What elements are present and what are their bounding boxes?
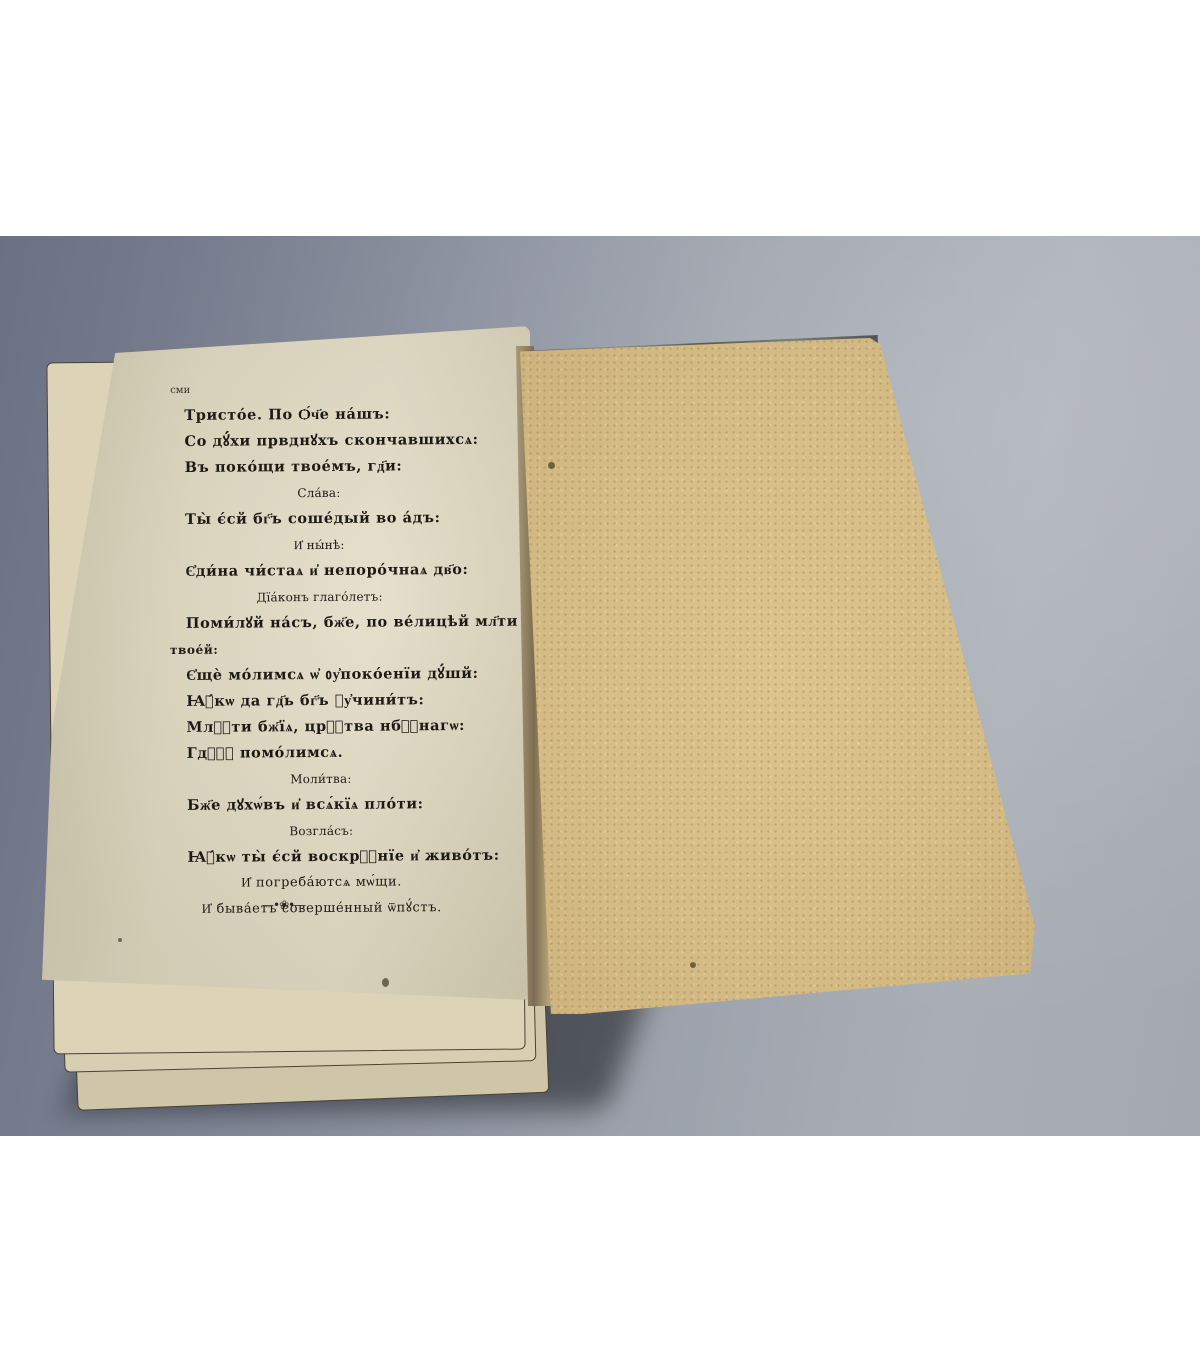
section-heading: Дїа́конъ глаго́летъ: [150, 583, 490, 611]
text-line: Ꙗ҆́кѡ да гд҃ь бг҃ъ ᲂу҆чини́тъ: [150, 687, 490, 715]
text-line: Гдⷭ҇ꙋ помо́лимсѧ. [151, 739, 491, 767]
stain-mark [548, 462, 555, 469]
closing-line: И҆ быва́етъ соверше́нный ѿпꙋ́стъ. [152, 895, 492, 923]
left-page-text: сми Тристо́е. По Ѻ́ч҃е на́шъ: Со дꙋ́хи п… [148, 381, 492, 923]
text-line: Млⷭ҇ти бж҃їѧ, црⷭ҇тва нбⷭ҇нагѡ: [150, 713, 490, 741]
text-line: Тристо́е. По Ѻ́ч҃е на́шъ: [148, 401, 488, 429]
text-line: Поми́лꙋй на́съ, бж҃е, по ве́лицѣй мл҃ти [150, 609, 490, 637]
section-heading: И҆ ны́нѣ: [149, 531, 489, 559]
text-line: Є҆ди́на чи́стаѧ и҆ непоро́чнаѧ дв҃о: [149, 557, 489, 585]
text-line: Въ поко́щи твое́мъ, гд҃и: [149, 453, 489, 481]
stain-mark [118, 938, 122, 942]
text-line: Ꙗ҆́кѡ ты̀ є́сй воскрⷭ҇нїе и҆ живо́тъ: [151, 843, 491, 871]
section-heading: Сла́ва: [149, 479, 489, 507]
text-line: твое́й: [150, 635, 490, 663]
text-line: Є҆щѐ мо́лимсѧ ѡ҆ ᲂу҆поко́енїи дꙋ́шй: [150, 661, 490, 689]
page-signature: сми [170, 385, 190, 396]
text-line: Ты̀ є́сй бг҃ъ соше́дый во а́дъ: [149, 505, 489, 533]
text-line: Со дꙋ́хи првднꙋхъ скончавшихсѧ: [148, 427, 488, 455]
closing-line: И҆ погреба́ютсѧ мѡ́щи. [152, 869, 492, 897]
section-heading: Возгла́съ: [151, 817, 491, 845]
section-heading: Моли́тва: [151, 765, 491, 793]
ornament-divider-icon: —•❀•— [262, 898, 305, 912]
text-line: Бж҃е дꙋхѡ́въ и҆ всѧ́кїѧ пло́ти: [151, 791, 491, 819]
stain-mark [382, 978, 389, 987]
stain-mark [690, 962, 696, 968]
